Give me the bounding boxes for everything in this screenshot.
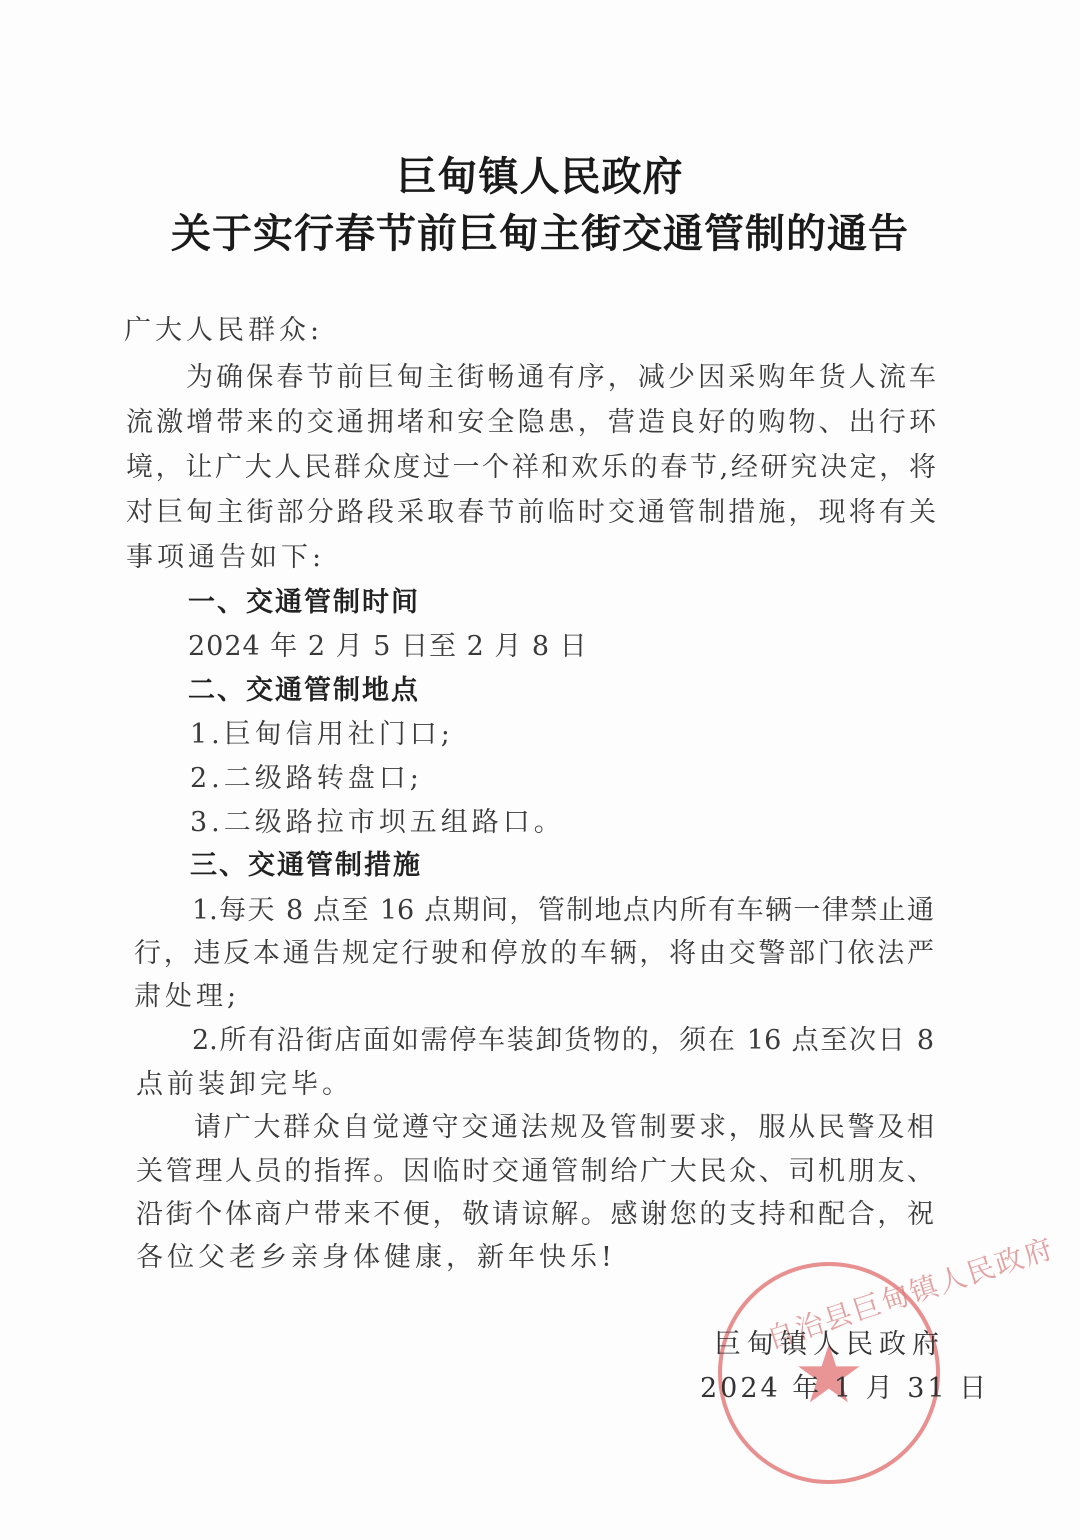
closing-line: 关管理人员的指挥。因临时交通管制给广大民众、司机朋友、 [136,1149,934,1188]
measure-line: 点前装卸完毕。 [136,1062,353,1101]
measure-line: 行，违反本通告规定行驶和停放的车辆，将由交警部门依法严 [134,931,934,970]
measure-line: 肃处理; [134,974,240,1013]
control-period: 2024 年 2 月 5 日至 2 月 8 日 [188,624,588,663]
signature-issuer: 巨甸镇人民政府 [714,1322,945,1361]
document-title-subject: 关于实行春节前巨甸主街交通管制的通告 [0,202,1080,259]
location-item: 2.二级路转盘口; [190,756,423,795]
intro-line: 为确保春节前巨甸主街畅通有序，减少因采购年货人流车 [186,355,936,394]
measure-line: 1.每天 8 点至 16 点期间，管制地点内所有车辆一律禁止通 [192,888,934,927]
section-heading-measures: 三、交通管制措施 [190,843,422,882]
closing-line: 请广大群众自觉遵守交通法规及管制要求，服从民警及相 [194,1105,934,1144]
intro-line: 对巨甸主街部分路段采取春节前临时交通管制措施，现将有关 [126,490,936,529]
document-title-issuer: 巨甸镇人民政府 [0,145,1080,202]
measure-line: 2.所有沿街店面如需停车装卸货物的，须在 16 点至次日 8 [192,1018,934,1057]
closing-line: 各位父老乡亲身体健康，新年快乐! [136,1235,616,1274]
intro-line: 事项通告如下: [126,535,325,574]
section-heading-location: 二、交通管制地点 [188,668,420,707]
section-heading-time: 一、交通管制时间 [188,580,420,619]
location-item: 1.巨甸信用社门口; [190,712,454,751]
salutation: 广大人民群众: [124,308,323,347]
signature-date: 2024 年 1 月 31 日 [700,1366,989,1405]
intro-line: 境，让广大人民群众度过一个祥和欢乐的春节,经研究决定，将 [126,445,936,484]
intro-line: 流激增带来的交通拥堵和安全隐患，营造良好的购物、出行环 [126,400,936,439]
closing-line: 沿街个体商户带来不便，敬请谅解。感谢您的支持和配合，祝 [136,1192,934,1231]
location-item: 3.二级路拉市坝五组路口。 [190,800,565,839]
